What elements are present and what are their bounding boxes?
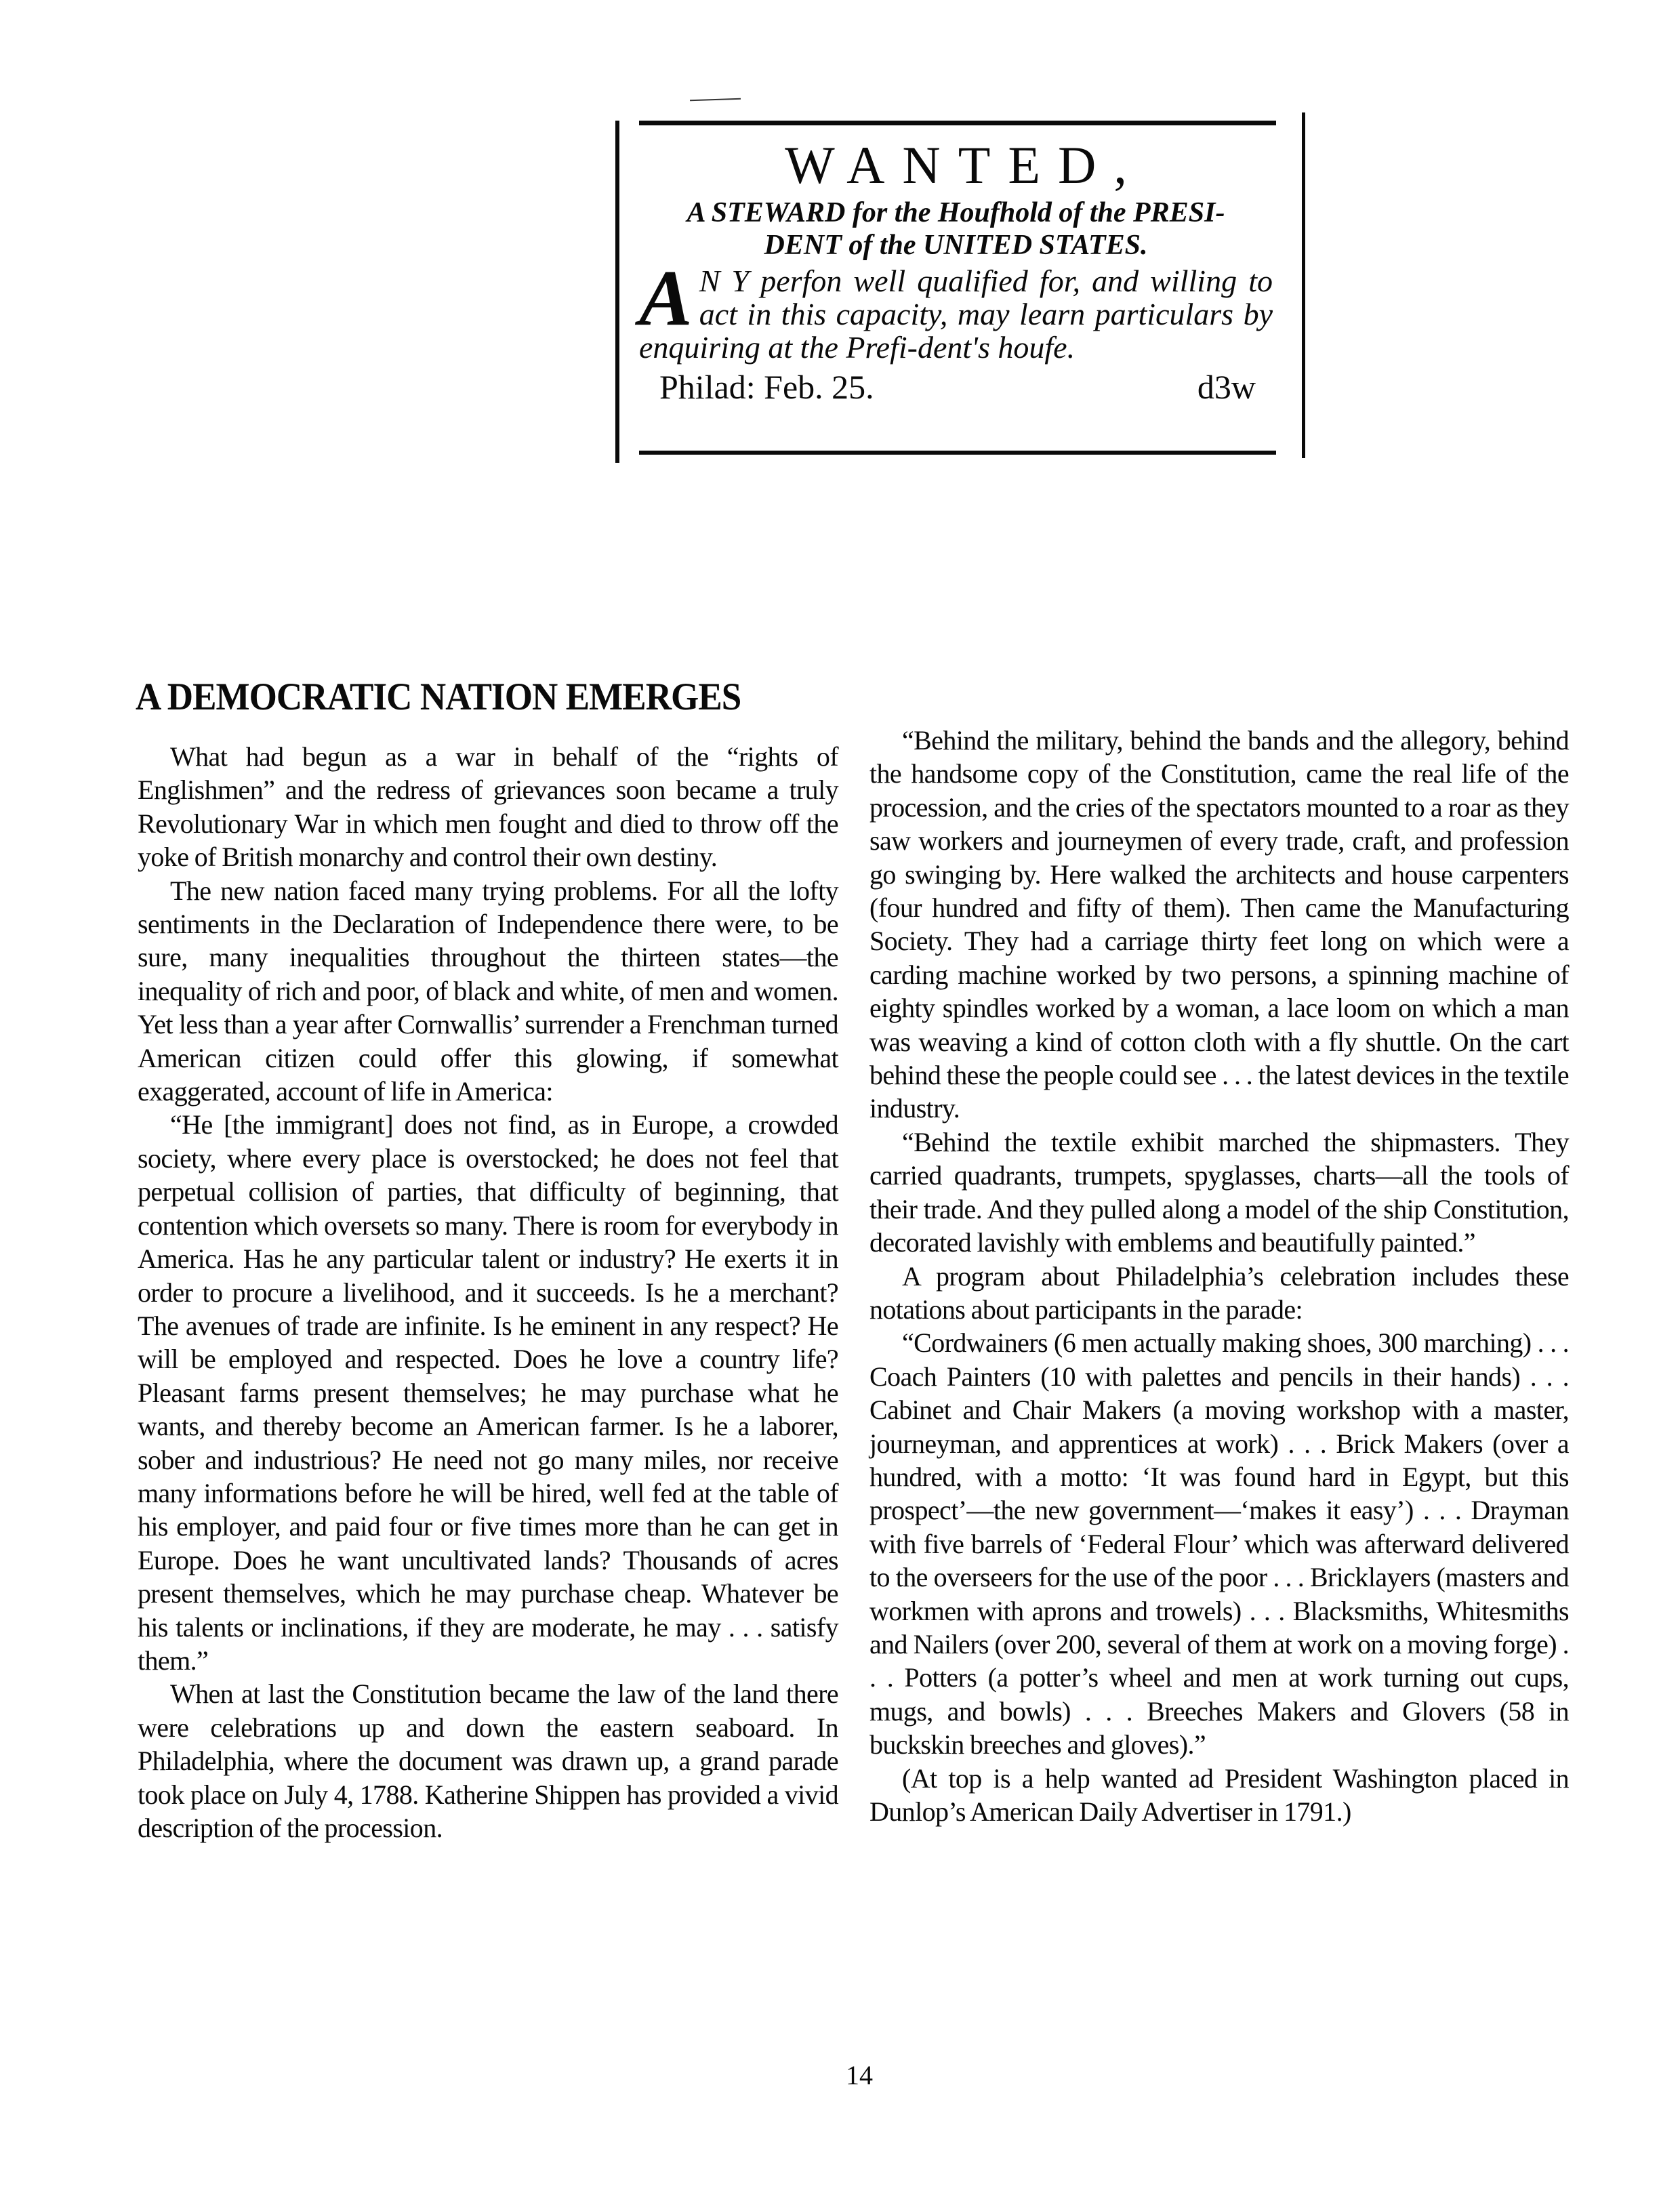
ad-code: d3w	[1197, 368, 1256, 406]
wanted-advertisement: WANTED, A STEWARD for the Houfhold of th…	[615, 108, 1308, 464]
ad-border-right	[1302, 112, 1305, 458]
ad-body: A N Y perfon well qualified for, and wil…	[639, 264, 1273, 364]
paragraph: The new nation faced many trying problem…	[138, 874, 838, 1109]
paragraph: What had begun as a war in behalf of the…	[138, 740, 838, 874]
paragraph: “He [the immigrant] does not find, as in…	[138, 1108, 838, 1677]
ad-content: WANTED, A STEWARD for the Houfhold of th…	[639, 136, 1273, 406]
right-column: “Behind the military, behind the bands a…	[869, 724, 1569, 1828]
ad-title: WANTED,	[639, 136, 1273, 195]
ad-place-date: Philad: Feb. 25.	[659, 368, 874, 406]
paragraph: When at last the Constitution became the…	[138, 1677, 838, 1844]
left-column: What had begun as a war in behalf of the…	[138, 740, 838, 1844]
article-heading: A DEMOCRATIC NATION EMERGES	[136, 675, 741, 720]
page-number: 14	[846, 2060, 873, 2091]
ad-rule-top	[639, 121, 1276, 125]
ad-border-left	[615, 121, 619, 463]
ad-rule-bottom	[639, 451, 1276, 455]
ad-body-text: N Y perfon well qualified for, and willi…	[639, 264, 1273, 365]
stray-mark	[690, 98, 741, 102]
ad-drop-cap: A	[639, 267, 693, 329]
paragraph: “Behind the military, behind the bands a…	[869, 724, 1569, 1126]
ad-subtitle: A STEWARD for the Houfhold of the PRESI-…	[639, 197, 1273, 262]
paragraph: “Cordwainers (6 men actually making shoe…	[869, 1326, 1569, 1761]
paragraph: A program about Philadelphia’s celebrati…	[869, 1260, 1569, 1327]
paragraph: “Behind the textile exhibit marched the …	[869, 1126, 1569, 1260]
ad-subtitle-line-2: DENT of the UNITED STATES.	[639, 229, 1273, 262]
ad-footer: Philad: Feb. 25. d3w	[639, 368, 1273, 406]
caption-paragraph: (At top is a help wanted ad President Wa…	[869, 1762, 1569, 1829]
ad-subtitle-line-1: A STEWARD for the Houfhold of the PRESI-	[639, 197, 1273, 229]
